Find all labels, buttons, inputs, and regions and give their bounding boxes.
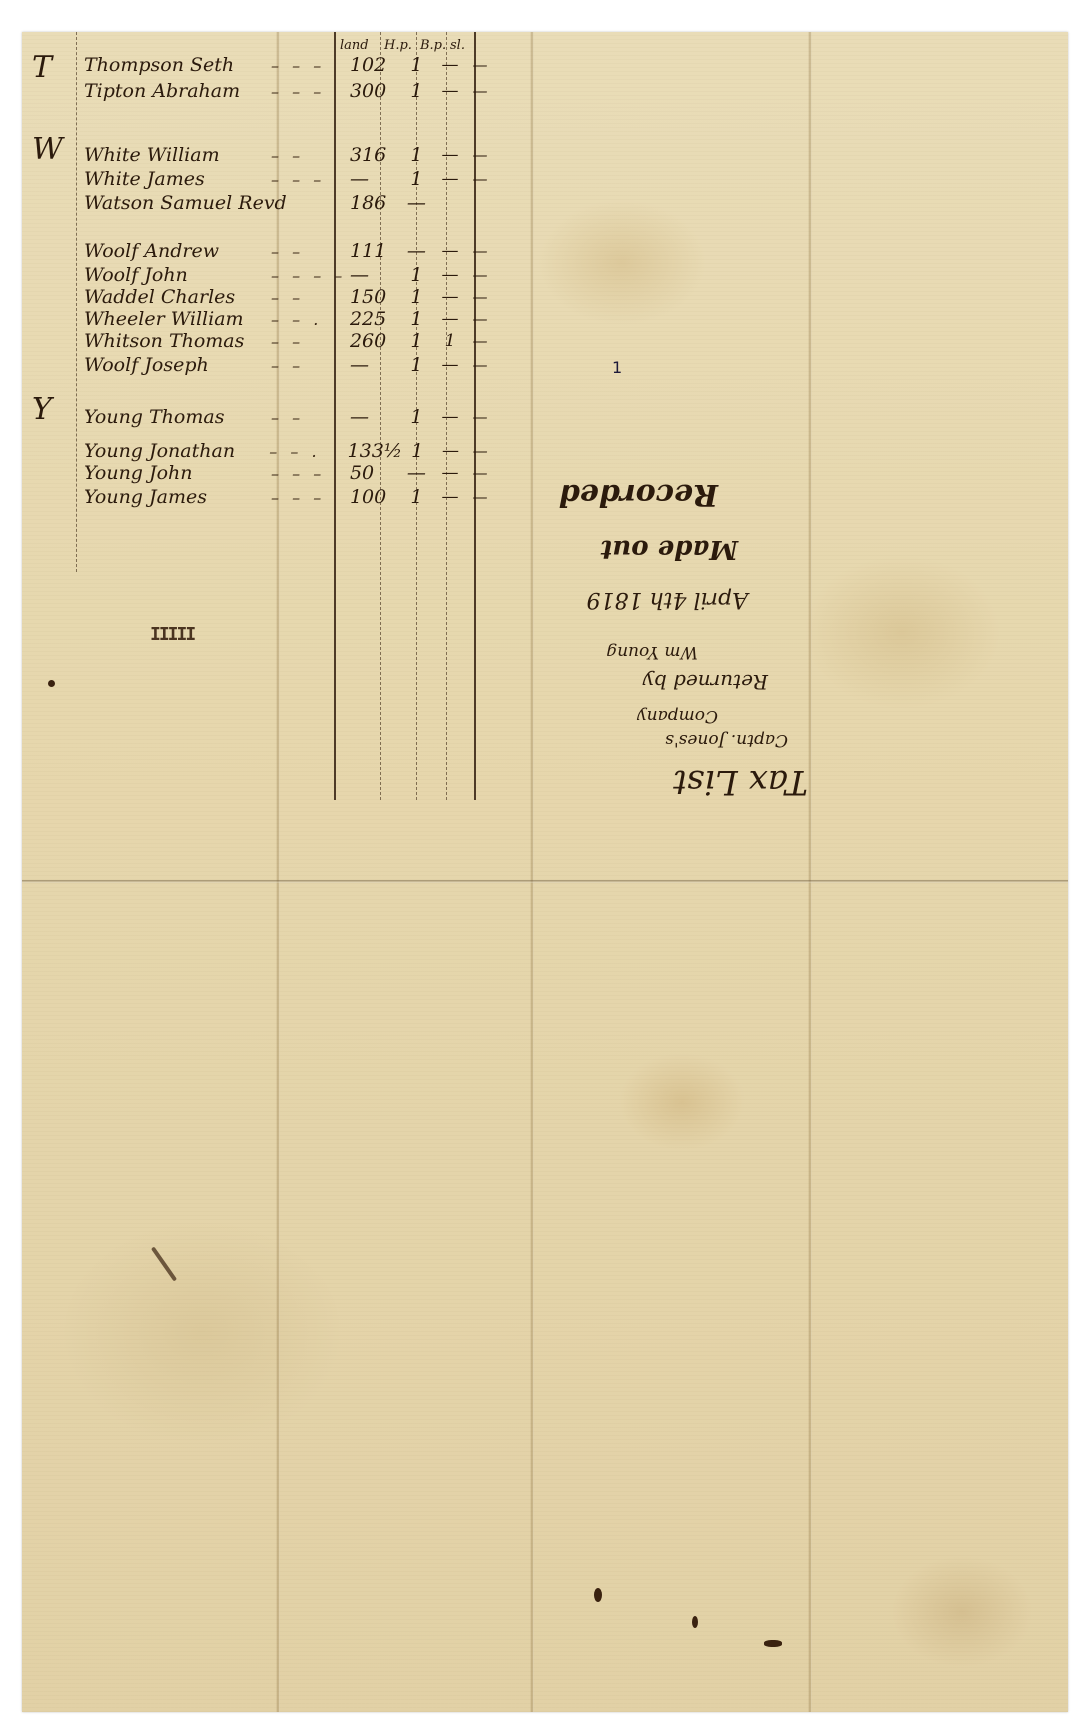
docket-endorsement: Tax List Captn. Jones's Company Returned… (498, 332, 828, 812)
sl-value: — (466, 82, 494, 100)
sl-value: — (466, 332, 494, 350)
land-value: 186 (344, 192, 399, 214)
bp-value: — (434, 81, 466, 101)
land-value: 316 (344, 144, 399, 166)
taxpayer-name: Woolf Joseph (84, 354, 271, 376)
sl-value: — (466, 356, 494, 374)
column-header-land: land (340, 38, 369, 53)
hp-value: 1 (399, 486, 435, 508)
ledger-row: White William – – 316 1 — — (84, 144, 494, 166)
sl-value: — (466, 288, 494, 306)
hp-value: — (399, 462, 435, 484)
land-value: 260 (344, 330, 399, 352)
leader-dashes: – – – (271, 170, 344, 189)
sl-value: — (466, 408, 494, 426)
taxpayer-name: Wheeler William (84, 308, 271, 330)
column-header-sl: sl. (450, 38, 465, 53)
docket-date: April 4th 1819 (586, 587, 748, 612)
land-value: 111 (344, 240, 399, 262)
leader-dashes: – – – (271, 488, 344, 507)
sl-value: — (466, 242, 494, 260)
taxpayer-name: Woolf John (84, 264, 271, 286)
land-value: — (344, 264, 399, 286)
sl-value: — (466, 146, 494, 164)
taxpayer-name: Young Jonathan (84, 440, 269, 462)
docket-line: Wm Young (606, 642, 698, 662)
land-value: 100 (344, 486, 399, 508)
sl-value: — (466, 170, 494, 188)
ledger-row: Watson Samuel Revd 186 — (84, 192, 494, 214)
column-header-bp: B.p. (420, 38, 446, 53)
section-letter: W (32, 132, 63, 167)
land-value: 50 (344, 462, 399, 484)
taxpayer-name: Young Thomas (84, 406, 271, 428)
bp-value: — (434, 309, 466, 329)
ledger-row: Woolf Andrew – – 111 — — — (84, 240, 494, 262)
sl-value: — (466, 56, 494, 74)
taxpayer-name: Waddel Charles (84, 286, 271, 308)
ledger-row: Young John – – – 50 — — — (84, 462, 494, 484)
ink-spot (764, 1640, 782, 1647)
leader-dashes: – – (271, 332, 344, 351)
hp-value: 1 (399, 80, 435, 102)
taxpayer-name: Woolf Andrew (84, 240, 271, 262)
ledger-row: White James – – – — 1 — — (84, 168, 494, 190)
docket-line: Company (637, 706, 718, 726)
sl-value: — (466, 488, 494, 506)
taxpayer-name: White William (84, 144, 271, 166)
taxpayer-name: Watson Samuel Revd (84, 192, 344, 214)
section-letter: T (32, 50, 52, 85)
taxpayer-name: Tipton Abraham (84, 80, 271, 102)
land-value: 150 (344, 286, 399, 308)
bp-value: — (434, 265, 466, 285)
hp-value: — (399, 192, 435, 214)
bp-value: — (435, 441, 467, 461)
sl-value: — (466, 442, 494, 460)
bp-value: — (434, 287, 466, 307)
bp-value: — (434, 355, 466, 375)
bp-value: 1 (434, 331, 466, 351)
land-value: 102 (344, 54, 399, 76)
leader-dashes: – – (271, 408, 344, 427)
hp-value: 1 (399, 264, 435, 286)
leader-dashes: – – (271, 242, 344, 261)
leader-dashes: – – (271, 288, 344, 307)
taxpayer-name: White James (84, 168, 271, 190)
leader-dashes: – – – (271, 82, 344, 101)
taxpayer-name: Thompson Seth (84, 54, 271, 76)
margin-rule (76, 32, 77, 572)
bp-value: — (434, 169, 466, 189)
hp-value: 1 (399, 168, 435, 190)
document-page: land H.p. B.p. sl. T W Y Thompson Seth –… (22, 32, 1068, 1712)
docket-title: Tax List (673, 762, 808, 802)
bp-value: — (434, 487, 466, 507)
ledger-row: Young Jonathan – – . 133½ 1 — — (84, 440, 494, 462)
ledger-row: Young James – – – 100 1 — — (84, 486, 494, 508)
ink-spot (594, 1588, 602, 1602)
docket-line: Made out (600, 534, 738, 564)
section-letter: Y (32, 392, 52, 427)
land-value: — (344, 168, 399, 190)
hp-value: 1 (399, 54, 435, 76)
land-value: 133½ (342, 440, 400, 462)
taxpayer-name: Young John (84, 462, 271, 484)
sl-value: — (466, 266, 494, 284)
bp-value: — (434, 463, 466, 483)
leader-dashes: – – – – (271, 266, 344, 285)
tax-ledger: land H.p. B.p. sl. T W Y Thompson Seth –… (22, 32, 492, 812)
leader-dashes: – – (271, 356, 344, 375)
tally-mark: IIIII (150, 624, 194, 645)
hp-value: 1 (399, 144, 435, 166)
taxpayer-name: Whitson Thomas (84, 330, 271, 352)
bp-value: — (434, 55, 466, 75)
ledger-row: Waddel Charles – – 150 1 — — (84, 286, 494, 308)
hp-value: 1 (399, 286, 435, 308)
leader-dashes: – – – (271, 464, 344, 483)
leader-dashes: – – – (271, 56, 344, 75)
hp-value: 1 (400, 440, 435, 462)
fold-line (22, 880, 1068, 883)
hp-value: 1 (399, 406, 435, 428)
leader-dashes: – – (271, 146, 344, 165)
ink-mark (151, 1246, 177, 1281)
docket-line: Recorded (559, 477, 718, 512)
land-value: 300 (344, 80, 399, 102)
sl-value: — (466, 464, 494, 482)
leader-dashes: – – . (269, 442, 341, 461)
leader-dashes: – – . (271, 310, 344, 329)
ink-spot (48, 680, 55, 687)
ledger-row: Woolf Joseph – – — 1 — — (84, 354, 494, 376)
hp-value: 1 (399, 354, 435, 376)
docket-line: Captn. Jones's (665, 730, 788, 750)
land-value: — (344, 354, 399, 376)
ledger-row: Young Thomas – – — 1 — — (84, 406, 494, 428)
sl-value: — (466, 310, 494, 328)
land-value: — (344, 406, 399, 428)
hp-value: 1 (399, 308, 435, 330)
ledger-row: Wheeler William – – . 225 1 — — (84, 308, 494, 330)
ledger-row: Whitson Thomas – – 260 1 1 — (84, 330, 494, 352)
ledger-row: Thompson Seth – – – 102 1 — — (84, 54, 494, 76)
bp-value: — (434, 241, 466, 261)
hp-value: 1 (399, 330, 435, 352)
fold-line (808, 32, 812, 1712)
taxpayer-name: Young James (84, 486, 271, 508)
ledger-row: Tipton Abraham – – – 300 1 — — (84, 80, 494, 102)
docket-line: Returned by (643, 670, 768, 694)
column-header-hp: H.p. (384, 38, 412, 53)
bp-value: — (434, 407, 466, 427)
land-value: 225 (344, 308, 399, 330)
hp-value: — (399, 240, 435, 262)
bp-value: — (434, 145, 466, 165)
ink-spot (692, 1616, 698, 1628)
fold-line (530, 32, 534, 1712)
ledger-row: Woolf John – – – – — 1 — — (84, 264, 494, 286)
